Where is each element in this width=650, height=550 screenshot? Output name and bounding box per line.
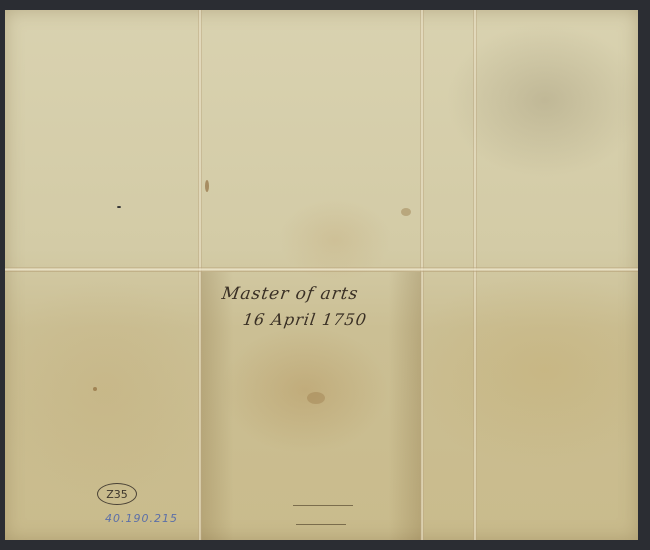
- circled-catalog-number: Z35: [97, 483, 137, 505]
- handwritten-date: 16 April 1750: [242, 310, 369, 329]
- stain-spot: [205, 180, 209, 192]
- stain-spot: [93, 387, 97, 391]
- stain-spot: [401, 208, 411, 216]
- vertical-fold-line: [473, 10, 477, 540]
- stain-spot: [307, 392, 325, 404]
- ink-dot: [117, 206, 121, 208]
- ruled-line: [296, 524, 346, 525]
- accession-number: 40.190.215: [105, 512, 178, 525]
- ruled-line: [293, 505, 353, 506]
- handwritten-title: Master of arts: [221, 284, 360, 304]
- parchment-document: [5, 10, 638, 540]
